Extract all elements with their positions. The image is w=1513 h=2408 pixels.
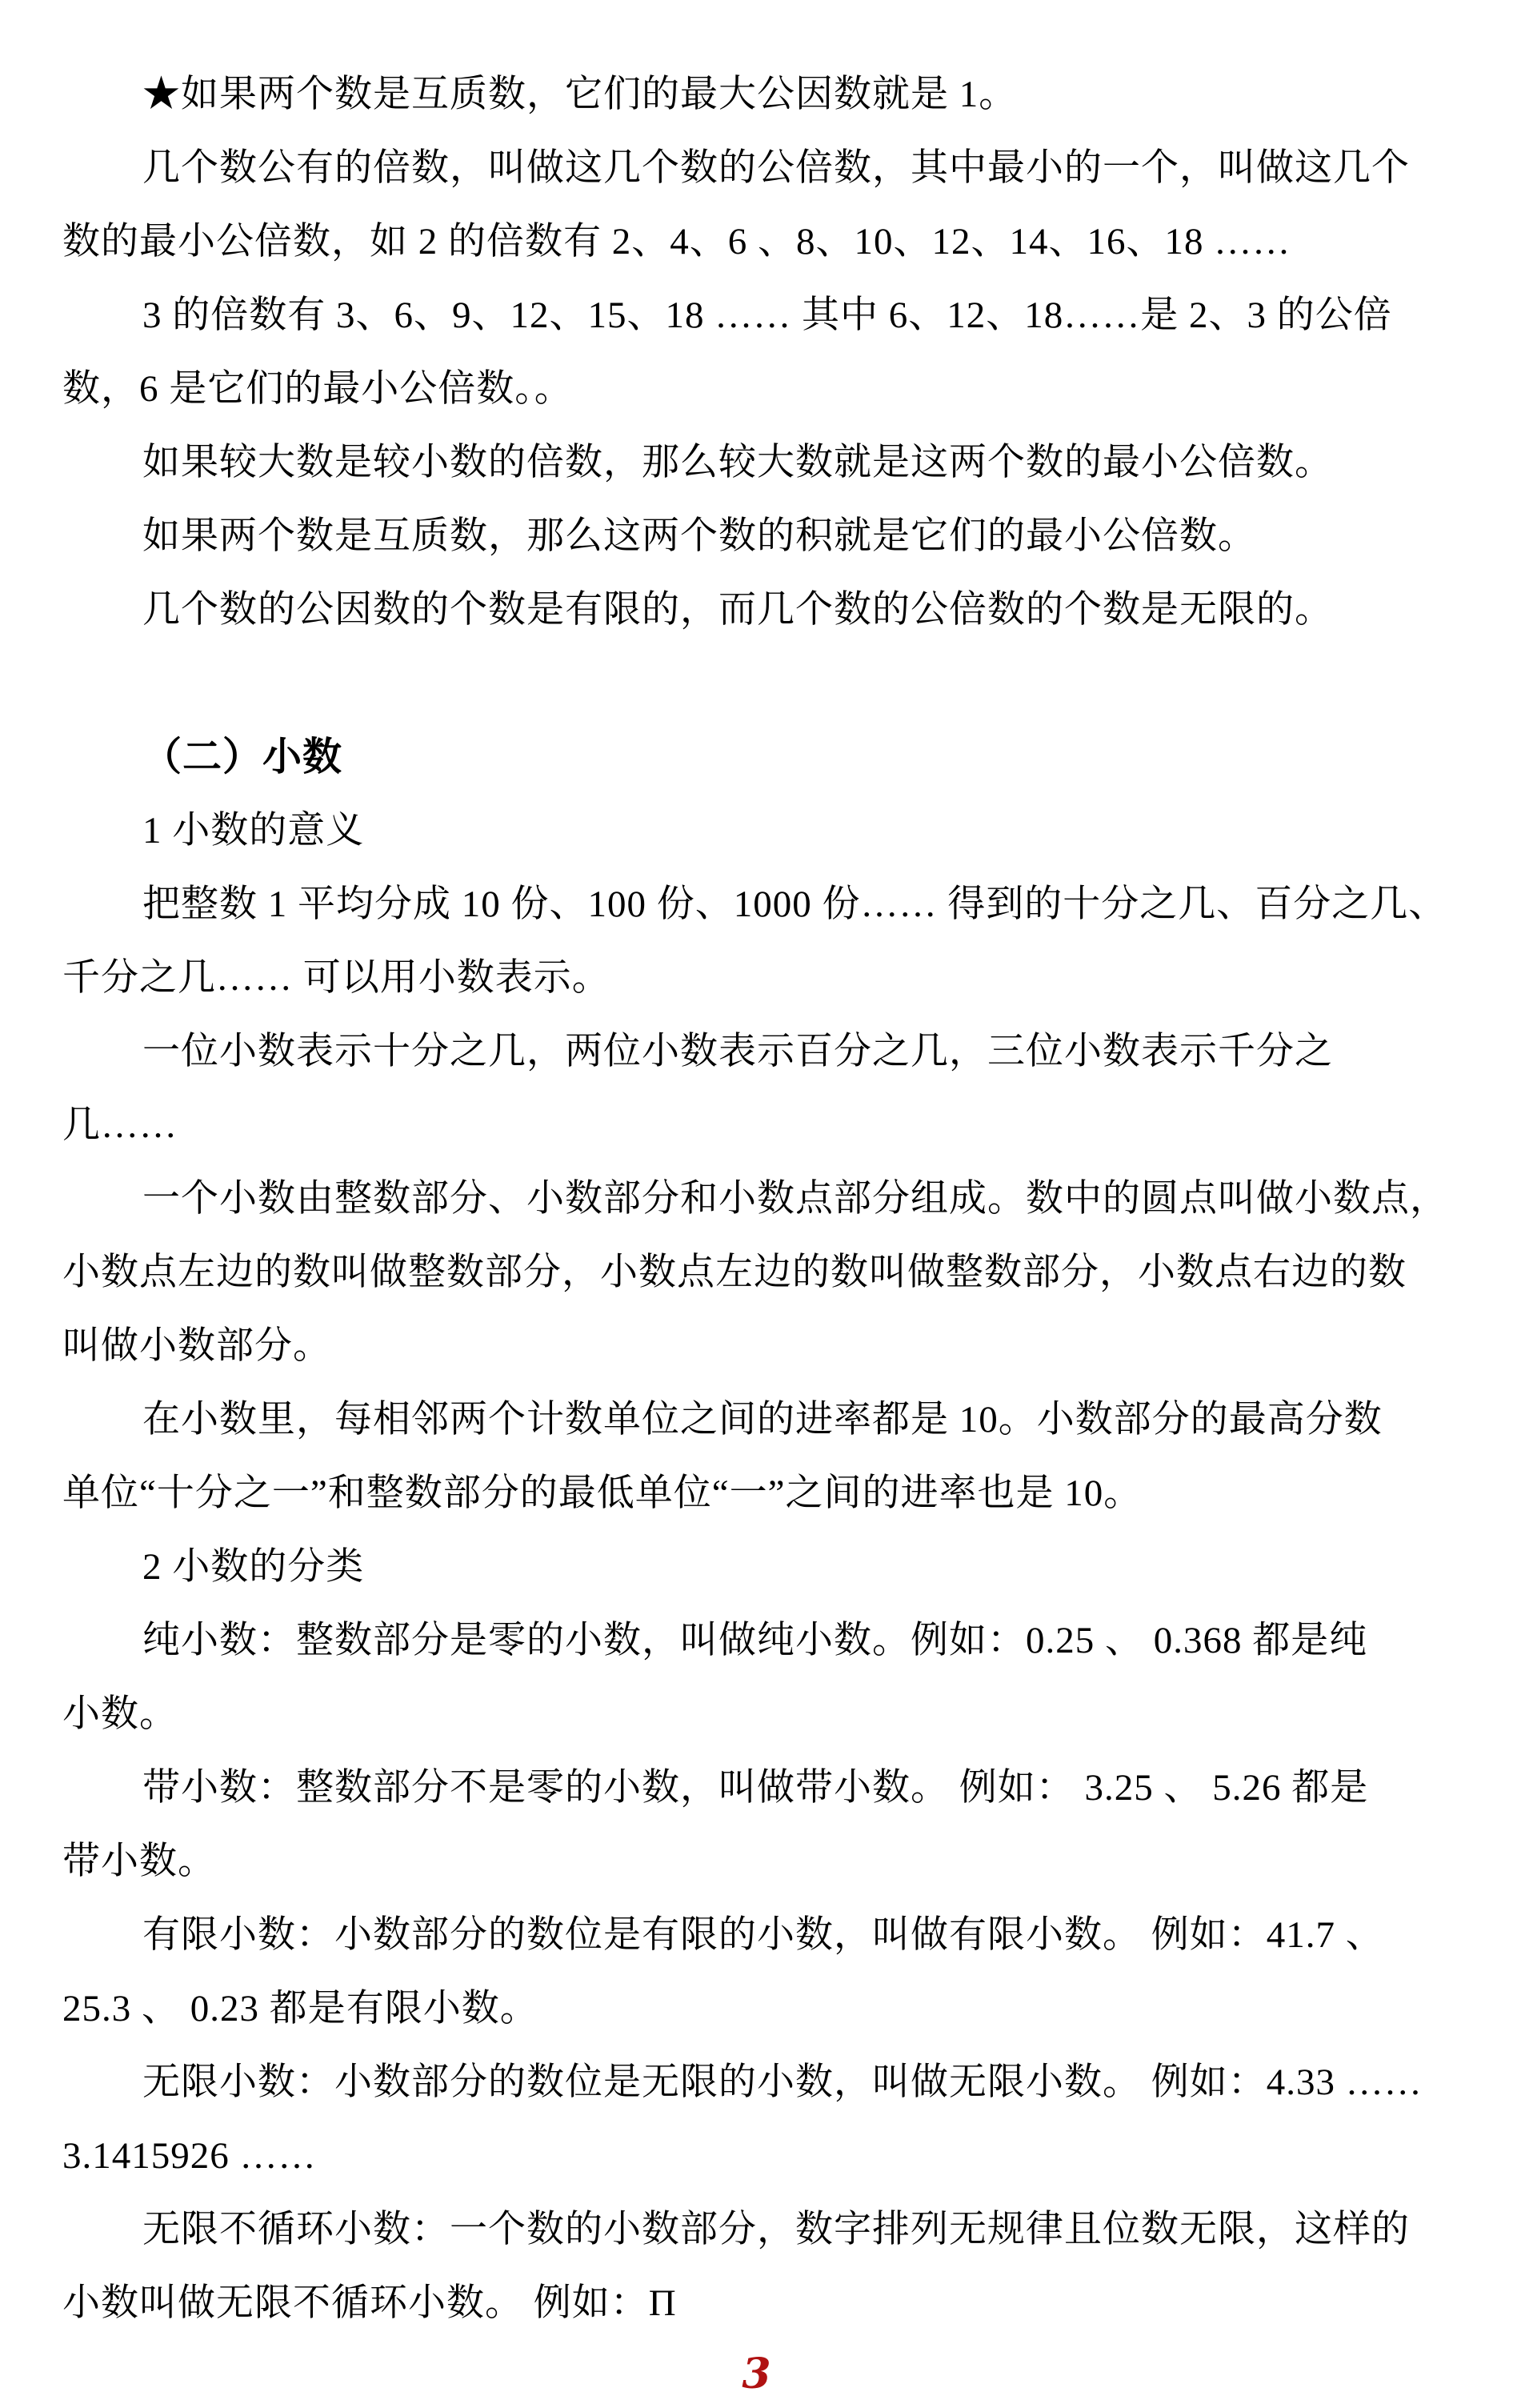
- text-line: 带小数：整数部分不是零的小数，叫做带小数。 例如： 3.25 、 5.26 都是: [62, 1751, 1449, 1825]
- text-line: 有限小数：小数部分的数位是有限的小数，叫做有限小数。 例如：41.7 、: [62, 1898, 1449, 1972]
- text-line: 小数点左边的数叫做整数部分，小数点左边的数叫做整数部分，小数点右边的数: [62, 1236, 1449, 1309]
- text-line: 小数叫做无限不循环小数。 例如：Π: [62, 2266, 1449, 2340]
- text-line: 一位小数表示十分之几，两位小数表示百分之几，三位小数表示千分之: [62, 1015, 1449, 1088]
- text-line: 纯小数：整数部分是零的小数，叫做纯小数。例如：0.25 、 0.368 都是纯: [62, 1604, 1449, 1677]
- text-line: 千分之几…… 可以用小数表示。: [62, 941, 1449, 1015]
- text-line: 无限小数：小数部分的数位是无限的小数，叫做无限小数。 例如：4.33 ……: [62, 2045, 1449, 2119]
- text-line: [62, 647, 1449, 720]
- page-number: 3: [0, 2350, 1513, 2398]
- text-line: 如果较大数是较小数的倍数，那么较大数就是这两个数的最小公倍数。: [62, 426, 1449, 499]
- text-line: ★如果两个数是互质数，它们的最大公因数就是 1。: [62, 58, 1449, 131]
- text-line: 把整数 1 平均分成 10 份、100 份、1000 份…… 得到的十分之几、百…: [62, 867, 1449, 941]
- text-line: 数的最小公倍数，如 2 的倍数有 2、4、6 、8、10、12、14、16、18…: [62, 205, 1449, 278]
- text-line: 如果两个数是互质数，那么这两个数的积就是它们的最小公倍数。: [62, 499, 1449, 573]
- document-body: ★如果两个数是互质数，它们的最大公因数就是 1。几个数公有的倍数，叫做这几个数的…: [62, 58, 1449, 2340]
- text-line: 带小数。: [62, 1825, 1449, 1898]
- text-line: 3.1415926 ……: [62, 2119, 1449, 2193]
- text-line: 25.3 、 0.23 都是有限小数。: [62, 1972, 1449, 2045]
- text-line: 2 小数的分类: [62, 1530, 1449, 1604]
- text-line: 1 小数的意义: [62, 794, 1449, 867]
- text-line: 叫做小数部分。: [62, 1309, 1449, 1383]
- text-line: 小数。: [62, 1677, 1449, 1751]
- document-page: ★如果两个数是互质数，它们的最大公因数就是 1。几个数公有的倍数，叫做这几个数的…: [0, 0, 1513, 2408]
- text-line: 无限不循环小数：一个数的小数部分，数字排列无规律且位数无限，这样的: [62, 2193, 1449, 2266]
- text-line: 几个数的公因数的个数是有限的，而几个数的公倍数的个数是无限的。: [62, 573, 1449, 647]
- text-line: 几个数公有的倍数，叫做这几个数的公倍数，其中最小的一个，叫做这几个: [62, 131, 1449, 205]
- section-heading: （二）小数: [62, 720, 1449, 794]
- text-line: 单位“十分之一”和整数部分的最低单位“一”之间的进率也是 10。: [62, 1456, 1449, 1530]
- text-line: 几……: [62, 1088, 1449, 1162]
- text-line: 一个小数由整数部分、小数部分和小数点部分组成。数中的圆点叫做小数点，: [62, 1162, 1449, 1236]
- text-line: 数，6 是它们的最小公倍数。。: [62, 352, 1449, 426]
- text-line: 3 的倍数有 3、6、9、12、15、18 …… 其中 6、12、18……是 2…: [62, 278, 1449, 352]
- text-line: 在小数里，每相邻两个计数单位之间的进率都是 10。小数部分的最高分数: [62, 1383, 1449, 1456]
